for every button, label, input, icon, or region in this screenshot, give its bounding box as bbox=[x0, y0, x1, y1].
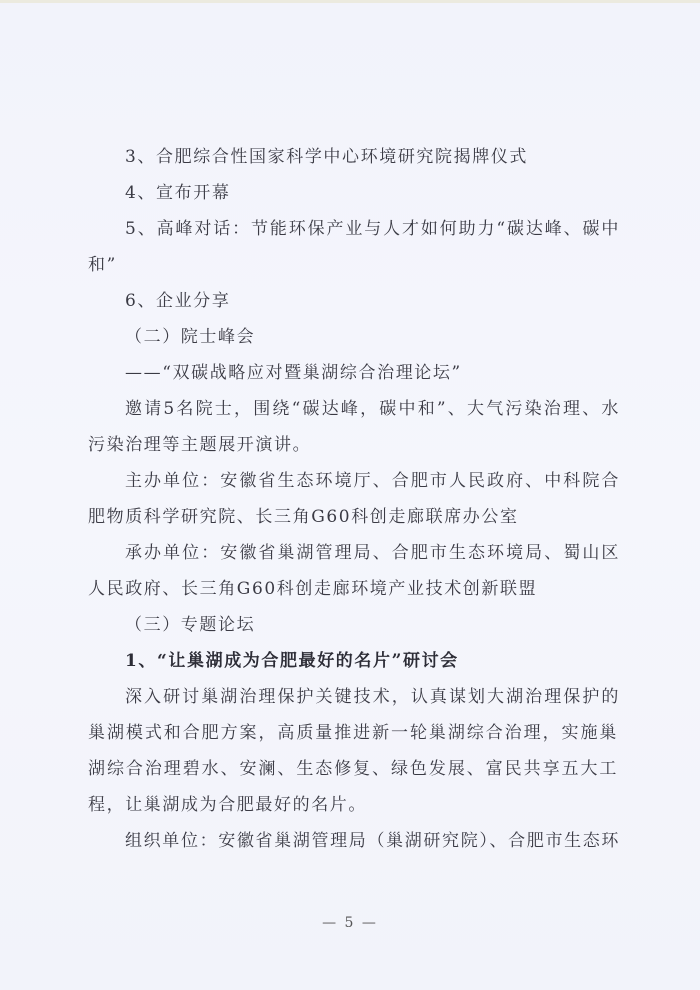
agenda-item-3: 3、合肥综合性国家科学中心环境研究院揭牌仪式 bbox=[125, 146, 620, 168]
paragraph-invite-cont: 污染治理等主题展开演讲。 bbox=[88, 434, 618, 456]
forum-1-desc-line-2: 巢湖模式和合肥方案，高质量推进新一轮巢湖综合治理，实施巢 bbox=[88, 722, 618, 744]
forum-1-desc-line-1: 深入研讨巢湖治理保护关键技术，认真谋划大湖治理保护的 bbox=[125, 686, 620, 708]
agenda-item-5-cont: 和” bbox=[88, 254, 618, 276]
scan-edge bbox=[0, 0, 700, 3]
host-units: 主办单位：安徽省生态环境厅、合肥市人民政府、中科院合 bbox=[125, 470, 620, 492]
agenda-item-5: 5、高峰对话：节能环保产业与人才如何助力“碳达峰、碳中 bbox=[125, 218, 620, 240]
forum-1-title: 1、“让巢湖成为合肥最好的名片”研讨会 bbox=[125, 650, 620, 672]
agenda-item-4: 4、宣布开幕 bbox=[125, 182, 620, 204]
paragraph-invite: 邀请5名院士，围绕“碳达峰，碳中和”、大气污染治理、水 bbox=[125, 398, 620, 420]
document-page: 3、合肥综合性国家科学中心环境研究院揭牌仪式 4、宣布开幕 5、高峰对话：节能环… bbox=[0, 0, 700, 990]
agenda-item-6: 6、企业分享 bbox=[125, 290, 620, 312]
forum-1-desc-line-3: 湖综合治理碧水、安澜、生态修复、绿色发展、富民共享五大工 bbox=[88, 758, 618, 780]
page-number: — 5 — bbox=[0, 915, 700, 931]
organizer-units: 承办单位：安徽省巢湖管理局、合肥市生态环境局、蜀山区 bbox=[125, 542, 620, 564]
organizer-units-cont: 人民政府、长三角G60科创走廊环境产业技术创新联盟 bbox=[88, 578, 618, 600]
forum-1-organizer: 组织单位：安徽省巢湖管理局（巢湖研究院）、合肥市生态环 bbox=[125, 830, 620, 852]
host-units-cont: 肥物质科学研究院、长三角G60科创走廊联席办公室 bbox=[88, 506, 618, 528]
section-heading-topic-forums: （三）专题论坛 bbox=[125, 614, 620, 636]
section-subtitle-forum: ——“双碳战略应对暨巢湖综合治理论坛” bbox=[125, 362, 620, 384]
section-heading-academician-summit: （二）院士峰会 bbox=[125, 326, 620, 348]
forum-1-desc-line-4: 程，让巢湖成为合肥最好的名片。 bbox=[88, 794, 618, 816]
